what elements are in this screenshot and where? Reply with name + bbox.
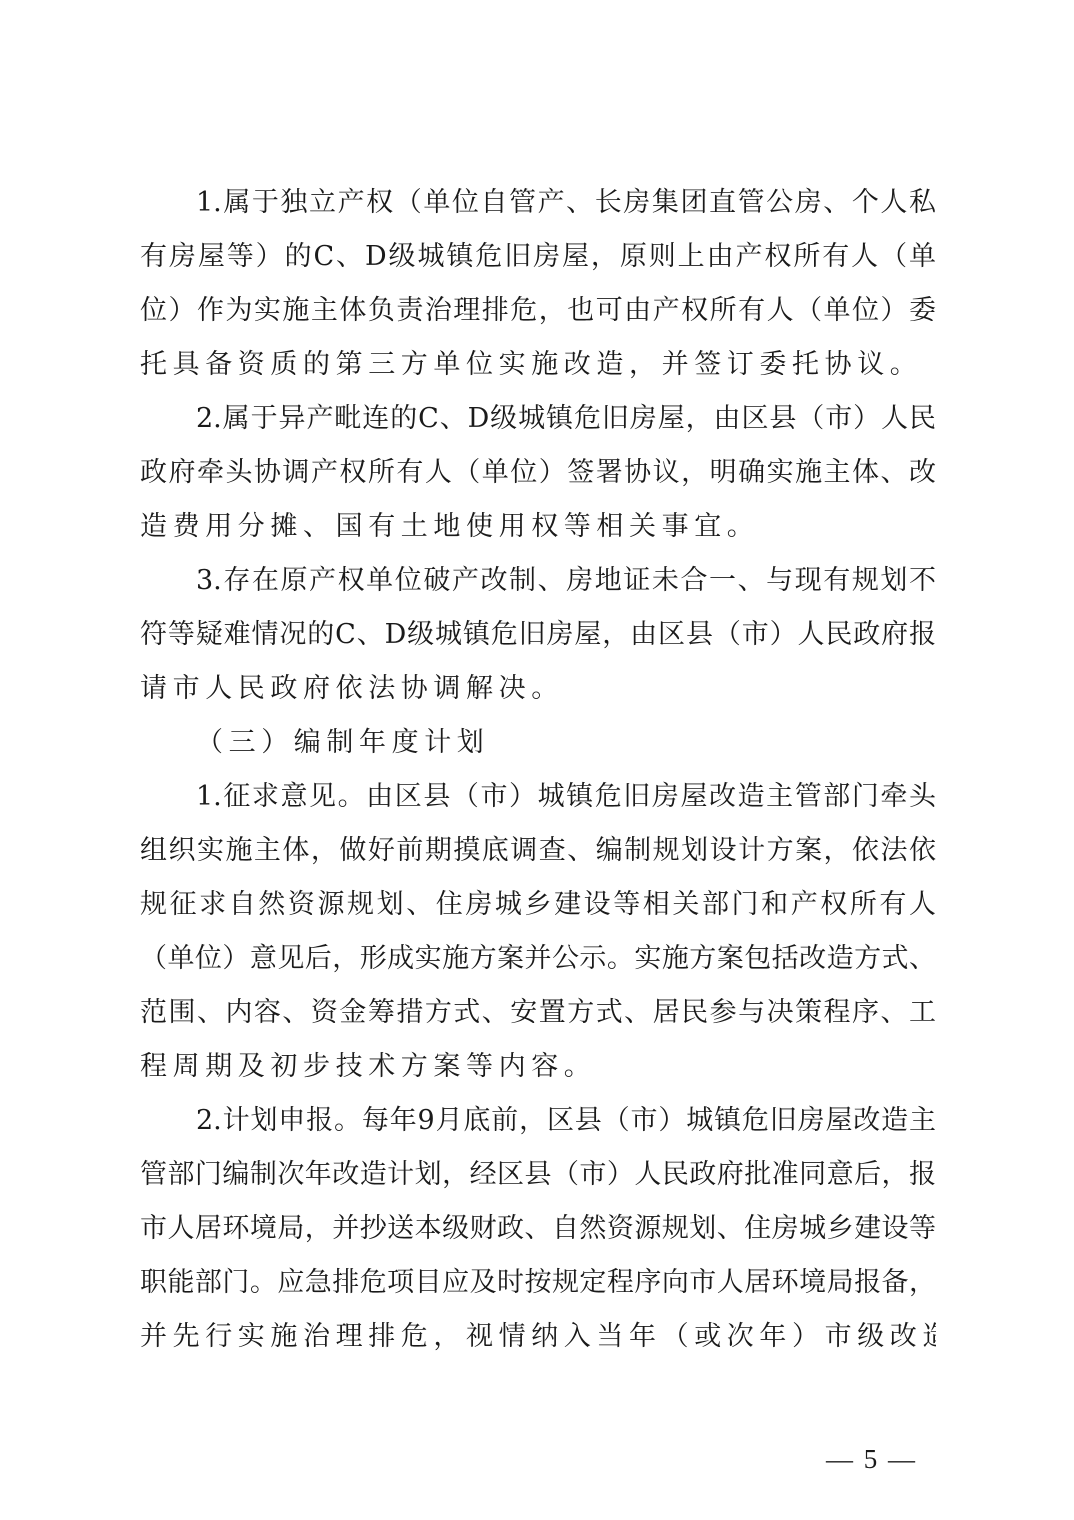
text-line: （单位）意见后，形成实施方案并公示。实施方案包括改造方式、	[140, 938, 936, 992]
text-line: 2.属于异产毗连的C、D级城镇危旧房屋，由区县（市）人民	[140, 398, 936, 452]
section-heading: （三）编制年度计划	[140, 722, 936, 776]
text-line: 造费用分摊、国有土地使用权等相关事宜。	[140, 506, 936, 560]
paragraph-item-1-consultation: 1.征求意见。由区县（市）城镇危旧房屋改造主管部门牵头 组织实施主体，做好前期摸…	[140, 776, 936, 1100]
document-page: 1.属于独立产权（单位自管产、长房集团直管公房、个人私 有房屋等）的C、D级城镇…	[0, 0, 1074, 1520]
text-line: 程周期及初步技术方案等内容。	[140, 1046, 936, 1100]
text-line: 托具备资质的第三方单位实施改造，并签订委托协议。	[140, 344, 936, 398]
text-line: 3.存在原产权单位破产改制、房地证未合一、与现有规划不	[140, 560, 936, 614]
text-line: 并先行实施治理排危，视情纳入当年（或次年）市级改造计划。	[140, 1316, 936, 1370]
text-line: 1.征求意见。由区县（市）城镇危旧房屋改造主管部门牵头	[140, 776, 936, 830]
text-line: 2.计划申报。每年9月底前，区县（市）城镇危旧房屋改造主	[140, 1100, 936, 1154]
text-line: 1.属于独立产权（单位自管产、长房集团直管公房、个人私	[140, 182, 936, 236]
text-line: 政府牵头协调产权所有人（单位）签署协议，明确实施主体、改	[140, 452, 936, 506]
text-line: 职能部门。应急排危项目应及时按规定程序向市人居环境局报备，	[140, 1262, 936, 1316]
section-heading-annual-plan: （三）编制年度计划	[140, 722, 936, 776]
text-line: 有房屋等）的C、D级城镇危旧房屋，原则上由产权所有人（单	[140, 236, 936, 290]
document-body: 1.属于独立产权（单位自管产、长房集团直管公房、个人私 有房屋等）的C、D级城镇…	[140, 182, 936, 1370]
paragraph-item-2-plan-submission: 2.计划申报。每年9月底前，区县（市）城镇危旧房屋改造主 管部门编制次年改造计划…	[140, 1100, 936, 1370]
text-line: 位）作为实施主体负责治理排危，也可由产权所有人（单位）委	[140, 290, 936, 344]
paragraph-item-3-difficult-cases: 3.存在原产权单位破产改制、房地证未合一、与现有规划不 符等疑难情况的C、D级城…	[140, 560, 936, 722]
text-line: 组织实施主体，做好前期摸底调查、编制规划设计方案，依法依	[140, 830, 936, 884]
text-line: 范围、内容、资金筹措方式、安置方式、居民参与决策程序、工	[140, 992, 936, 1046]
text-line: 市人居环境局，并抄送本级财政、自然资源规划、住房城乡建设等	[140, 1208, 936, 1262]
text-line: 符等疑难情况的C、D级城镇危旧房屋，由区县（市）人民政府报	[140, 614, 936, 668]
text-line: 规征求自然资源规划、住房城乡建设等相关部门和产权所有人	[140, 884, 936, 938]
paragraph-item-2-shared-property: 2.属于异产毗连的C、D级城镇危旧房屋，由区县（市）人民 政府牵头协调产权所有人…	[140, 398, 936, 560]
text-line: 请市人民政府依法协调解决。	[140, 668, 936, 722]
paragraph-item-1-ownership: 1.属于独立产权（单位自管产、长房集团直管公房、个人私 有房屋等）的C、D级城镇…	[140, 182, 936, 398]
text-line: 管部门编制次年改造计划，经区县（市）人民政府批准同意后，报	[140, 1154, 936, 1208]
page-number: — 5 —	[826, 1444, 917, 1475]
